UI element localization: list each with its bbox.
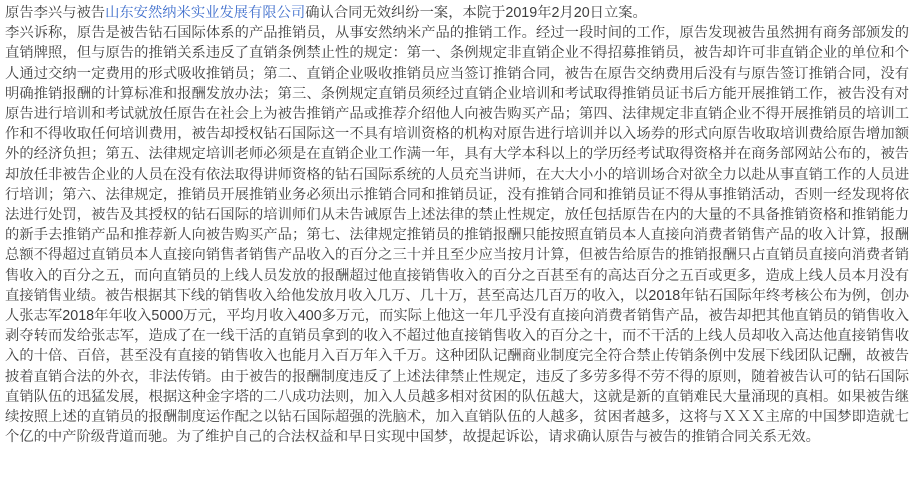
court-document-text: 原告李兴与被告山东安然纳米实业发展有限公司确认合同无效纠纷一案，本院于2019年…: [0, 0, 914, 486]
case-filing-prefix: 原告李兴与被告: [5, 5, 105, 21]
plaintiff-claims-paragraph: 李兴诉称，原告是被告钻石国际体系的产品推销员，从事安然纳米产品的推销工作。经过一…: [5, 23, 909, 447]
case-filing-paragraph: 原告李兴与被告山东安然纳米实业发展有限公司确认合同无效纠纷一案，本院于2019年…: [5, 3, 909, 23]
defendant-company-link[interactable]: 山东安然纳米实业发展有限公司: [105, 5, 305, 21]
case-filing-suffix: 确认合同无效纠纷一案，本院于2019年2月20日立案。: [305, 5, 647, 21]
